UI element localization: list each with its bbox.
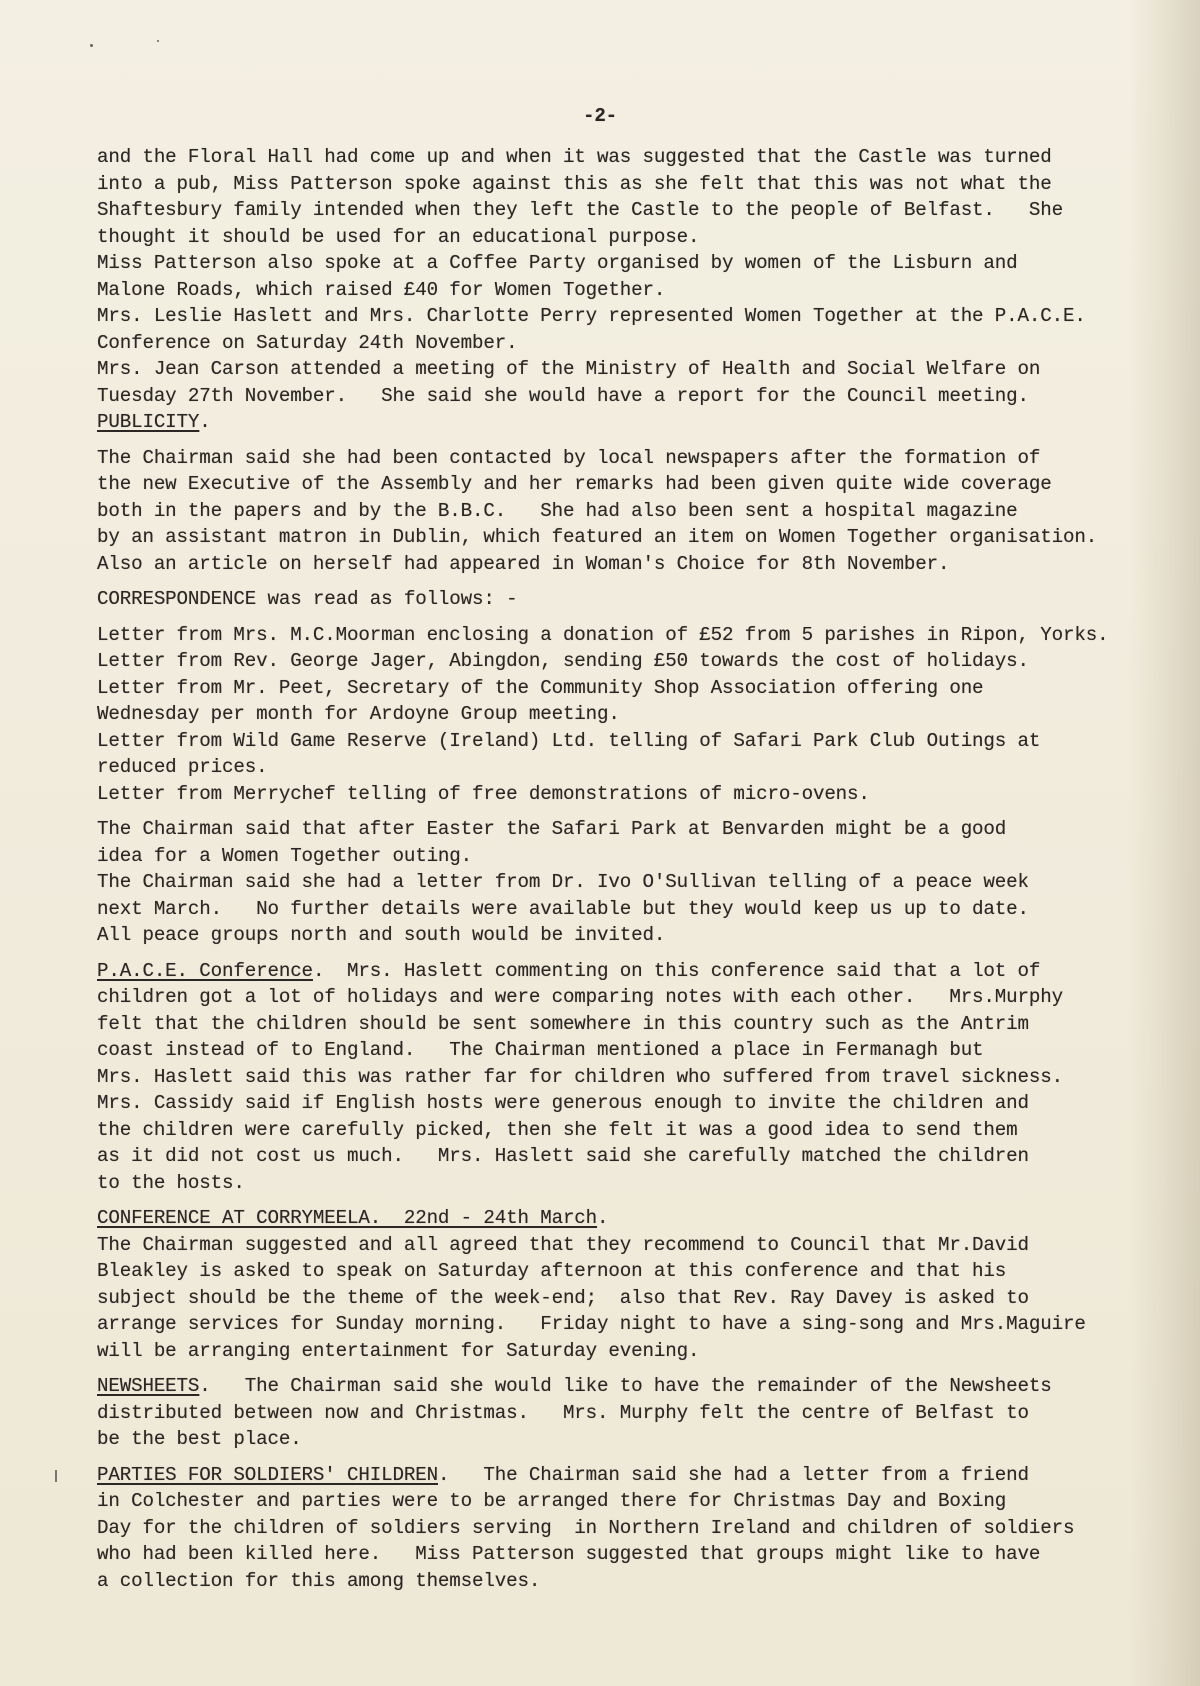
- section-heading: PARTIES FOR SOLDIERS' CHILDREN: [97, 1464, 438, 1486]
- section-heading-line: P.A.C.E. Conference. Mrs. Haslett commen…: [97, 958, 1157, 985]
- text-line: The Chairman said she had been contacted…: [97, 445, 1157, 472]
- section-heading-line: CONFERENCE AT CORRYMEELA. 22nd - 24th Ma…: [97, 1205, 1157, 1232]
- text-line: subject should be the theme of the week-…: [97, 1285, 1157, 1312]
- text-line: CORRESPONDENCE was read as follows: -: [97, 586, 1157, 613]
- paragraph-gap: [97, 1196, 1157, 1205]
- text-line: distributed between now and Christmas. M…: [97, 1400, 1157, 1427]
- text-line: into a pub, Miss Patterson spoke against…: [97, 171, 1157, 198]
- text-line: thought it should be used for an educati…: [97, 224, 1157, 251]
- text-line: Mrs. Jean Carson attended a meeting of t…: [97, 356, 1157, 383]
- paragraph: and the Floral Hall had come up and when…: [97, 144, 1157, 409]
- text-line: Letter from Rev. George Jager, Abingdon,…: [97, 648, 1157, 675]
- text-line: felt that the children should be sent so…: [97, 1011, 1157, 1038]
- text-line: children got a lot of holidays and were …: [97, 984, 1157, 1011]
- text-line: the new Executive of the Assembly and he…: [97, 471, 1157, 498]
- text-line: Also an article on herself had appeared …: [97, 551, 1157, 578]
- paragraph-gap: [97, 436, 1157, 445]
- text-line: Letter from Wild Game Reserve (Ireland) …: [97, 728, 1157, 755]
- paragraph-gap: [97, 577, 1157, 586]
- text-line: Mrs. Haslett said this was rather far fo…: [97, 1064, 1157, 1091]
- section-heading: P.A.C.E. Conference: [97, 960, 313, 982]
- section-heading: CONFERENCE AT CORRYMEELA. 22nd - 24th Ma…: [97, 1207, 597, 1229]
- text-line: be the best place.: [97, 1426, 1157, 1453]
- paragraph-gap: [97, 1453, 1157, 1462]
- paper-mark: [55, 1470, 57, 1482]
- text-line: Miss Patterson also spoke at a Coffee Pa…: [97, 250, 1157, 277]
- text-line: Conference on Saturday 24th November.: [97, 330, 1157, 357]
- text-line: as it did not cost us much. Mrs. Haslett…: [97, 1143, 1157, 1170]
- text-line: Wednesday per month for Ardoyne Group me…: [97, 701, 1157, 728]
- text-line: and the Floral Hall had come up and when…: [97, 144, 1157, 171]
- text-line: by an assistant matron in Dublin, which …: [97, 524, 1157, 551]
- paragraph: The Chairman said that after Easter the …: [97, 816, 1157, 949]
- text-line: Bleakley is asked to speak on Saturday a…: [97, 1258, 1157, 1285]
- text-line: Letter from Mr. Peet, Secretary of the C…: [97, 675, 1157, 702]
- text-line: Shaftesbury family intended when they le…: [97, 197, 1157, 224]
- paragraph-gap: [97, 1364, 1157, 1373]
- heading-punctuation: .: [199, 411, 210, 433]
- heading-punctuation: . The Chairman said she would like to ha…: [199, 1375, 1051, 1397]
- section-paragraph: PARTIES FOR SOLDIERS' CHILDREN. The Chai…: [97, 1462, 1157, 1595]
- heading-punctuation: . The Chairman said she had a letter fro…: [438, 1464, 1029, 1486]
- paragraph: The Chairman suggested and all agreed th…: [97, 1232, 1157, 1365]
- text-line: The Chairman said that after Easter the …: [97, 816, 1157, 843]
- document-page: -2- and the Floral Hall had come up and …: [0, 0, 1200, 1686]
- section-heading: PUBLICITY: [97, 411, 199, 433]
- paragraph-gap: [97, 613, 1157, 622]
- paper-speck: [157, 40, 159, 42]
- text-line: The Chairman said she had a letter from …: [97, 869, 1157, 896]
- text-line: Mrs. Leslie Haslett and Mrs. Charlotte P…: [97, 303, 1157, 330]
- text-line: Letter from Mrs. M.C.Moorman enclosing a…: [97, 622, 1157, 649]
- minutes-body: and the Floral Hall had come up and when…: [97, 144, 1157, 1594]
- section-heading-line: PUBLICITY.: [97, 409, 1157, 436]
- section-paragraph: CONFERENCE AT CORRYMEELA. 22nd - 24th Ma…: [97, 1205, 1157, 1232]
- section-paragraph: PUBLICITY.: [97, 409, 1157, 436]
- paragraph-gap: [97, 949, 1157, 958]
- text-line: will be arranging entertainment for Satu…: [97, 1338, 1157, 1365]
- paragraph: The Chairman said she had been contacted…: [97, 445, 1157, 578]
- heading-punctuation: . Mrs. Haslett commenting on this confer…: [313, 960, 1040, 982]
- text-line: a collection for this among themselves.: [97, 1568, 1157, 1595]
- paper-speck: [90, 44, 93, 47]
- paragraph: Letter from Mrs. M.C.Moorman enclosing a…: [97, 622, 1157, 808]
- text-line: who had been killed here. Miss Patterson…: [97, 1541, 1157, 1568]
- heading-punctuation: .: [597, 1207, 608, 1229]
- text-line: Letter from Merrychef telling of free de…: [97, 781, 1157, 808]
- text-line: in Colchester and parties were to be arr…: [97, 1488, 1157, 1515]
- text-line: Tuesday 27th November. She said she woul…: [97, 383, 1157, 410]
- text-line: All peace groups north and south would b…: [97, 922, 1157, 949]
- page-number: -2-: [0, 103, 1200, 130]
- text-line: The Chairman suggested and all agreed th…: [97, 1232, 1157, 1259]
- text-line: the children were carefully picked, then…: [97, 1117, 1157, 1144]
- paragraph: CORRESPONDENCE was read as follows: -: [97, 586, 1157, 613]
- section-paragraph: P.A.C.E. Conference. Mrs. Haslett commen…: [97, 958, 1157, 1197]
- text-line: Day for the children of soldiers serving…: [97, 1515, 1157, 1542]
- text-line: coast instead of to England. The Chairma…: [97, 1037, 1157, 1064]
- text-line: Malone Roads, which raised £40 for Women…: [97, 277, 1157, 304]
- section-heading-line: NEWSHEETS. The Chairman said she would l…: [97, 1373, 1157, 1400]
- text-line: Mrs. Cassidy said if English hosts were …: [97, 1090, 1157, 1117]
- text-line: idea for a Women Together outing.: [97, 843, 1157, 870]
- section-paragraph: NEWSHEETS. The Chairman said she would l…: [97, 1373, 1157, 1453]
- text-line: next March. No further details were avai…: [97, 896, 1157, 923]
- text-line: to the hosts.: [97, 1170, 1157, 1197]
- paragraph-gap: [97, 807, 1157, 816]
- section-heading: NEWSHEETS: [97, 1375, 199, 1397]
- text-line: reduced prices.: [97, 754, 1157, 781]
- text-line: both in the papers and by the B.B.C. She…: [97, 498, 1157, 525]
- text-line: arrange services for Sunday morning. Fri…: [97, 1311, 1157, 1338]
- section-heading-line: PARTIES FOR SOLDIERS' CHILDREN. The Chai…: [97, 1462, 1157, 1489]
